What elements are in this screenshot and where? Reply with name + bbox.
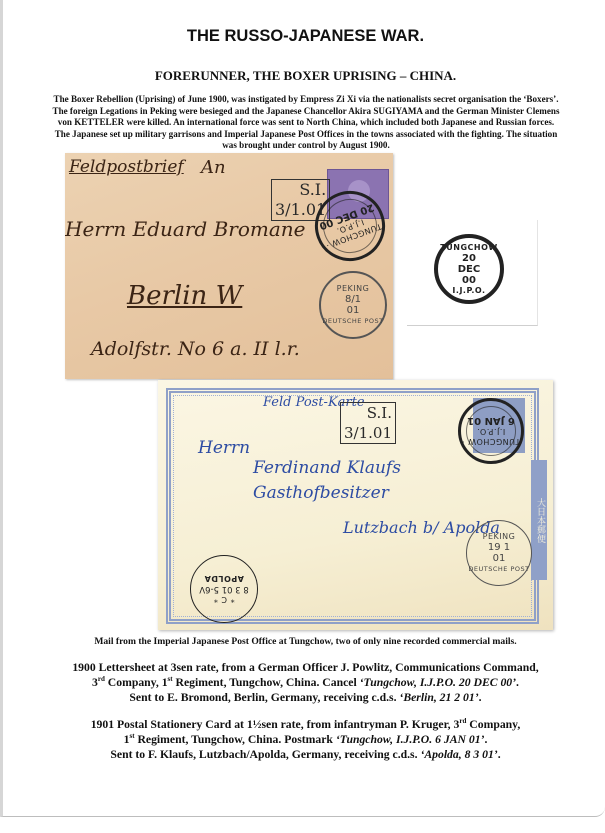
desc1-l2c: Regiment, Tungchow, China. Cancel <box>173 676 360 689</box>
apolda-date: 8 3 01 5-6V <box>199 584 248 595</box>
intro-paragraph: The Boxer Rebellion (Uprising) of June 1… <box>51 94 561 152</box>
strike-top: TUNGCHOW <box>440 243 497 253</box>
desc1-line2: 3rd Company, 1st Regiment, Tungchow, Chi… <box>43 675 568 690</box>
album-page: THE RUSSO-JAPANESE WAR. FORERUNNER, THE … <box>0 0 605 817</box>
desc1-receiving-quote: ‘Berlin, 21 2 01’ <box>399 691 478 704</box>
handwriting-street: Adolfstr. No 6 a. II l.r. <box>91 338 300 360</box>
desc1-sup1: rd <box>98 675 105 683</box>
card-side-panel: 大日本郵便 <box>531 460 547 580</box>
desc2-postmark-quote: ‘Tungchow, I.J.P.O. 6 JAN 01’ <box>336 733 485 746</box>
card-boxed-cancel-top: S.I. <box>344 403 392 423</box>
apolda-top: * C * <box>213 595 234 605</box>
card-peking-top: PEKING <box>483 532 516 542</box>
desc2-l2-end: . <box>484 733 487 746</box>
card-tungchow-ring: TUNGCHOW · I.J.P.O. <box>461 427 521 447</box>
desc2-l2b: Regiment, Tungchow, China. Postmark <box>135 733 336 746</box>
card-tungchow-postmark: TUNGCHOW · I.J.P.O. 6 JAN 01 <box>458 398 524 464</box>
apolda-bottom: APOLDA <box>204 574 244 584</box>
desc1-l3a: Sent to E. Bromond, Berlin, Germany, rec… <box>129 691 399 704</box>
desc2-l1a: 1901 Postal Stationery Card at 1½sen rat… <box>91 718 460 731</box>
strike-day: 20 <box>462 253 476 264</box>
desc1-line1: 1900 Lettersheet at 3sen rate, from a Ge… <box>43 660 568 675</box>
handwriting-city: Berlin W <box>127 281 242 311</box>
apolda-postmark: * C * 8 3 01 5-6V APOLDA <box>190 555 258 623</box>
peking-day: 8/1 <box>345 294 361 305</box>
desc2-receiving-quote: ‘Apolda, 8 3 01’ <box>420 748 497 761</box>
handwriting-name: Ferdinand Klaufs <box>253 458 401 478</box>
lettersheet-image: Feldpostbrief An S.I. 3/1.01 TUNGCHOW · … <box>65 153 393 379</box>
strike-bottom: I.J.P.O. <box>452 286 485 296</box>
desc1-l2-end: . <box>516 676 519 689</box>
desc2-l3-end: . <box>498 748 501 761</box>
desc1-l2b: Company, 1 <box>105 676 168 689</box>
card-peking-day: 19 1 <box>488 542 510 553</box>
strike-year: 00 <box>462 275 476 286</box>
card-peking-year: 01 <box>493 553 506 564</box>
peking-postmark: PEKING 8/1 01 DEUTSCHE POST <box>319 271 387 339</box>
handwriting-herrn: Herrn <box>198 438 250 458</box>
card-tungchow-date: 6 JAN 01 <box>467 416 515 427</box>
tungchow-strike: TUNGCHOW 20 DEC 00 I.J.P.O. <box>434 234 504 304</box>
card-peking-postmark: PEKING 19 1 01 DEUTSCHE POST <box>466 520 532 586</box>
desc2-line3: Sent to F. Klaufs, Lutzbach/Apolda, Germ… <box>43 747 568 762</box>
peking-top: PEKING <box>337 284 370 294</box>
desc1-l3-end: . <box>479 691 482 704</box>
description-lettersheet: 1900 Lettersheet at 3sen rate, from a Ge… <box>43 660 568 706</box>
page-subtitle: FORERUNNER, THE BOXER UPRISING – CHINA. <box>3 68 605 84</box>
page-title: THE RUSSO-JAPANESE WAR. <box>3 27 605 46</box>
card-boxed-cancel-bottom: 3/1.01 <box>344 423 392 443</box>
loose-postmark-strike: TUNGCHOW 20 DEC 00 I.J.P.O. <box>407 220 538 326</box>
strike-month: DEC <box>458 264 480 275</box>
postal-card-image: 大日本郵便 Feld Post-Karte S.I. 3/1.01 TUNGCH… <box>158 380 553 630</box>
desc2-line2: 1st Regiment, Tungchow, China. Postmark … <box>43 732 568 747</box>
desc1-cancel-quote: ‘Tungchow, I.J.P.O. 20 DEC 00’ <box>360 676 516 689</box>
card-boxed-cancel: S.I. 3/1.01 <box>340 402 396 444</box>
description-postcard: 1901 Postal Stationery Card at 1½sen rat… <box>43 717 568 763</box>
card-peking-bottom: DEUTSCHE POST <box>468 564 529 574</box>
peking-year: 01 <box>347 305 360 316</box>
handwriting-feldpostbrief: Feldpostbrief <box>69 157 184 177</box>
peking-bottom: DEUTSCHE POST <box>322 316 383 326</box>
tungchow-ring-text: TUNGCHOW · I.J.P.O. <box>318 211 385 252</box>
exhibit-caption: Mail from the Imperial Japanese Post Off… <box>3 636 605 647</box>
tungchow-date: 20 DEC 00 <box>318 202 376 232</box>
handwriting-occupation: Gasthofbesitzer <box>253 483 389 503</box>
desc2-l3a: Sent to F. Klaufs, Lutzbach/Apolda, Germ… <box>110 748 420 761</box>
desc2-line1: 1901 Postal Stationery Card at 1½sen rat… <box>43 717 568 732</box>
desc2-l1b: Company, <box>466 718 520 731</box>
desc1-line3: Sent to E. Bromond, Berlin, Germany, rec… <box>43 690 568 705</box>
handwriting-addressee: Herrn Eduard Bromane <box>65 217 305 241</box>
boxed-cancel-top: S.I. <box>275 180 326 200</box>
handwriting-an: An <box>201 157 226 178</box>
